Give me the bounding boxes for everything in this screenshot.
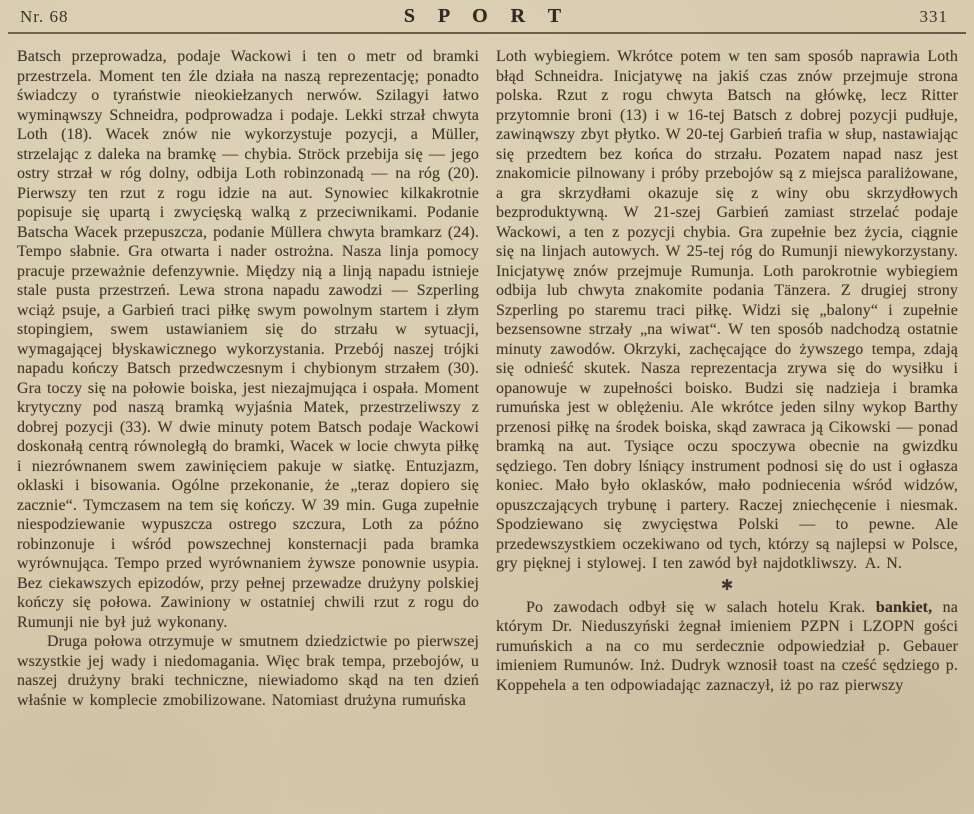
section-separator-asterisk: ✱ xyxy=(496,577,958,596)
banquet-lead-text: Po zawodach odbył się w salach hotelu Kr… xyxy=(526,599,876,616)
page-number: 331 xyxy=(920,7,949,27)
newspaper-title: S P O R T xyxy=(0,5,974,28)
second-half-paragraph: Druga połowa otrzymuje w smutnem dziedzi… xyxy=(17,632,479,710)
match-report-continued-text: Loth wybiegiem. Wkrótce potem w ten sam … xyxy=(496,48,958,572)
left-column: Batsch przeprowadza, podaje Wackowi i te… xyxy=(17,47,479,802)
right-column: Loth wybiegiem. Wkrótce potem w ten sam … xyxy=(496,47,958,802)
match-report-first-half-paragraph: Batsch przeprowadza, podaje Wackowi i te… xyxy=(17,47,479,632)
newspaper-page: Nr. 68 S P O R T 331 Batsch przeprowadza… xyxy=(0,0,974,814)
author-initials: A. N. xyxy=(865,554,902,574)
page-header: Nr. 68 S P O R T 331 xyxy=(0,0,974,30)
header-rule xyxy=(8,32,966,34)
banquet-bold-word: bankiet, xyxy=(876,599,932,616)
banquet-paragraph: Po zawodach odbył się w salach hotelu Kr… xyxy=(496,598,958,696)
match-report-continued-paragraph: Loth wybiegiem. Wkrótce potem w ten sam … xyxy=(496,47,958,574)
article-body: Batsch przeprowadza, podaje Wackowi i te… xyxy=(0,34,974,802)
